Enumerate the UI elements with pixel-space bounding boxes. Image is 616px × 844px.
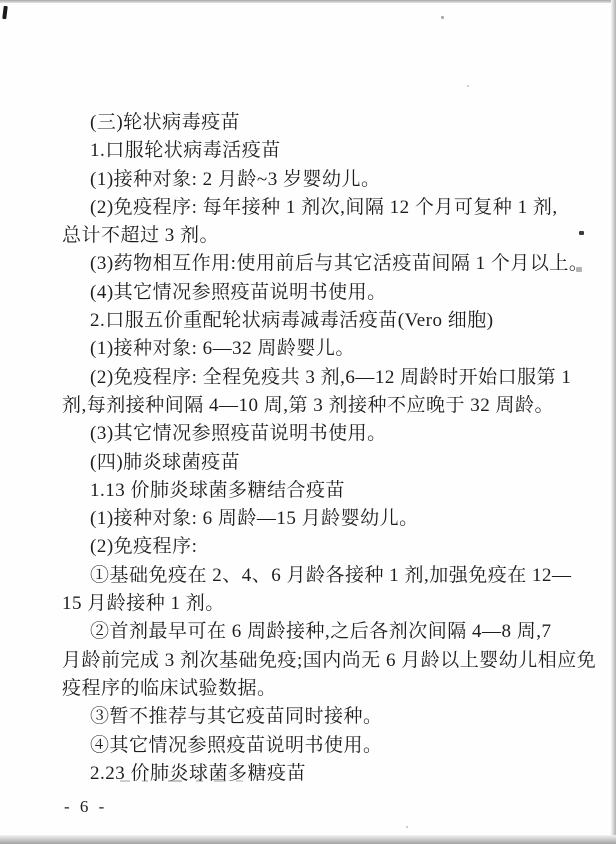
text-line: 2.口服五价重配轮状病毒减毒活疫苗(Vero 细胞)	[62, 307, 541, 335]
text-line: 月龄前完成 3 剂次基础免疫;国内尚无 6 月龄以上婴幼儿相应免	[62, 647, 541, 675]
text-line: (1)接种对象: 6 周龄—15 月龄婴幼儿。	[62, 505, 541, 533]
text-line: 疫程序的临床试验数据。	[62, 675, 541, 703]
text-line: (3)其它情况参照疫苗说明书使用。	[62, 420, 541, 448]
text-line: 2.23 价肺炎球菌多糖疫苗	[62, 760, 541, 788]
text-line: 总计不超过 3 剂。	[62, 222, 541, 250]
document-body: (三)轮状病毒疫苗1.口服轮状病毒活疫苗(1)接种对象: 2 月龄~3 岁婴幼儿…	[62, 109, 541, 788]
scan-speck	[441, 16, 444, 19]
text-line: 剂,每剂接种间隔 4—10 周,第 3 剂接种不应晚于 32 周龄。	[62, 392, 541, 420]
text-line: ②首剂最早可在 6 周龄接种,之后各剂次间隔 4—8 周,7	[62, 618, 541, 646]
text-line: (三)轮状病毒疫苗	[62, 109, 541, 137]
scan-speck	[467, 85, 469, 87]
text-line: (2)免疫程序: 每年接种 1 剂次,间隔 12 个月可复种 1 剂,	[62, 194, 541, 222]
ink-tick-mark	[2, 6, 8, 19]
text-line: (2)免疫程序: 全程免疫共 3 剂,6—12 周龄时开始口服第 1	[62, 364, 541, 392]
text-line: (4)其它情况参照疫苗说明书使用。	[62, 279, 541, 307]
text-line: (3)药物相互作用:使用前后与其它活疫苗间隔 1 个月以上。	[62, 250, 541, 278]
text-line: ③暂不推荐与其它疫苗同时接种。	[62, 703, 541, 731]
scan-speck	[406, 826, 408, 828]
scan-edge-right	[611, 0, 616, 844]
scan-speck	[579, 231, 584, 235]
text-line: ①基础免疫在 2、4、6 月龄各接种 1 剂,加强免疫在 12—	[62, 562, 541, 590]
text-line: 1.13 价肺炎球菌多糖结合疫苗	[62, 477, 541, 505]
text-line: (2)免疫程序:	[62, 533, 541, 561]
text-line: 1.口服轮状病毒活疫苗	[62, 137, 541, 165]
scan-edge-bottom	[0, 835, 616, 844]
text-line: (四)肺炎球菌疫苗	[62, 449, 541, 477]
text-line: ④其它情况参照疫苗说明书使用。	[62, 732, 541, 760]
page-number: - 6 -	[64, 797, 107, 817]
scanned-document-page: (三)轮状病毒疫苗1.口服轮状病毒活疫苗(1)接种对象: 2 月龄~3 岁婴幼儿…	[0, 0, 616, 844]
text-line: 15 月龄接种 1 剂。	[62, 590, 541, 618]
text-line: (1)接种对象: 6—32 周龄婴儿。	[62, 335, 541, 363]
text-line: (1)接种对象: 2 月龄~3 岁婴幼儿。	[62, 166, 541, 194]
scan-edge-top	[0, 0, 616, 3]
